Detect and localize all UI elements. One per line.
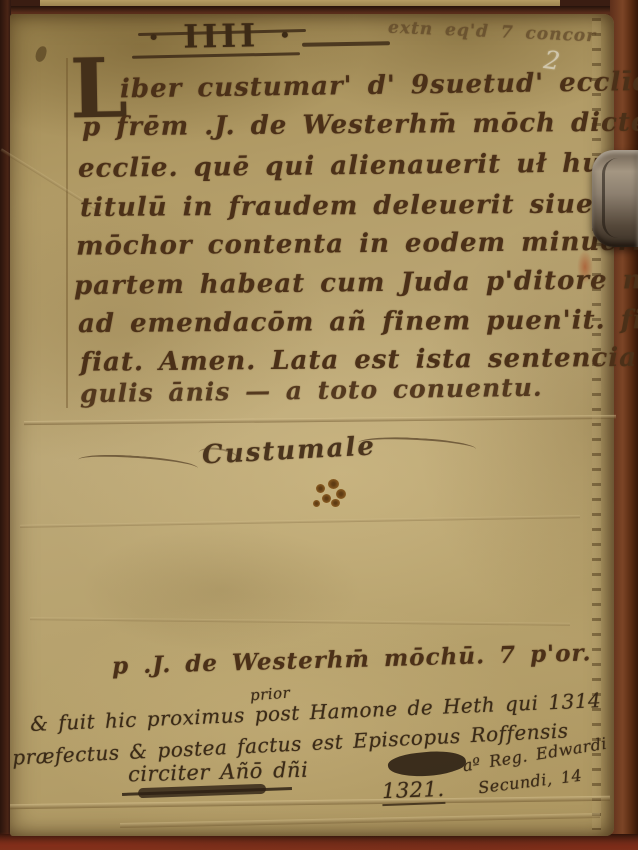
ink-spot [316,484,325,493]
ink-spot [331,499,340,507]
horizontal-crease [24,415,616,425]
text-line: p frēm .J. de Westerhm̄ mōch dicte [82,108,638,143]
quire-numeral: · IIII · [148,16,295,57]
text-line: ecclīe. quē qui alienauerit uł hunc [78,148,638,184]
text-line: titulū in fraudem deleuerit siue iura [80,189,638,223]
book-clasp [592,150,638,247]
annotation-line: circiter Añō dñi [128,758,309,787]
ink-spot [313,500,320,507]
text-line: mōchor contenta in eodem minuerit. [76,226,638,261]
text-line: partem habeat cum Juda p'ditore nisi [74,265,638,301]
year-1321: 1321. [382,777,446,806]
text-line: ad emendacōm añ finem puen'it. fiat [78,305,638,339]
clasp-ridge [602,158,635,238]
margin-ruling-line [66,58,68,408]
ink-spot [336,489,346,499]
ink-spot [328,479,339,489]
manuscript-photo: · IIII · extn eq'd 7 concor 2 L iber cus… [0,0,638,850]
ink-spot [322,494,331,503]
text-line: fiat. Amen. Lata est ista sentencia sin [80,342,638,377]
